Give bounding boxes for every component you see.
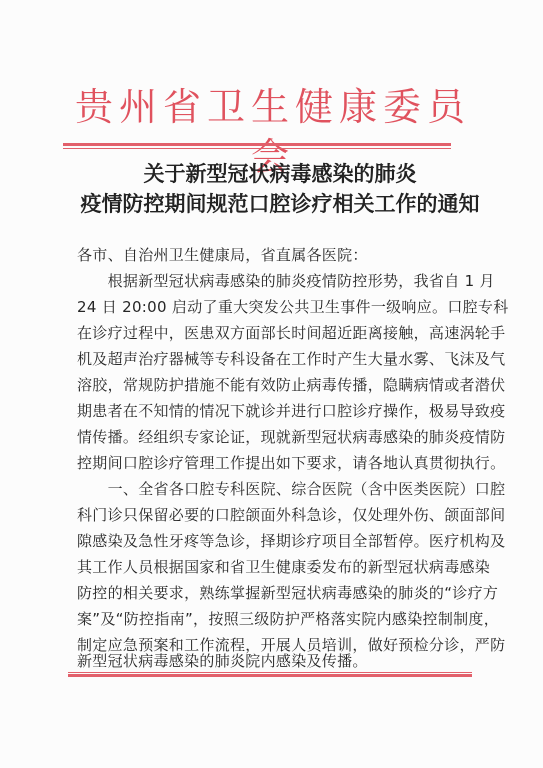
notice-title-line-1: 关于新型冠状病毒感染的肺炎 [60, 160, 500, 188]
body-line: 控期间口腔诊疗管理工作提出如下要求，请各地认真贯彻执行。 [77, 453, 477, 473]
body-line: 一、全省各口腔专科医院、综合医院（含中医类医院）口腔 [77, 479, 477, 499]
body-line: 其工作人员根据国家和省卫生健康委发布的新型冠状病毒感染 [77, 557, 477, 577]
body-line: 情传播。经组织专家论证，现就新型冠状病毒感染的肺炎疫情防 [77, 427, 477, 447]
document-page: 贵州省卫生健康委员会 关于新型冠状病毒感染的肺炎 疫情防控期间规范口腔诊疗相关工… [0, 0, 543, 768]
footer-rule-thin [68, 672, 472, 673]
body-line: 根据新型冠状病毒感染的肺炎疫情防控形势，我省自 1 月 [77, 271, 477, 291]
body-line: 溶胶，常规防护措施不能有效防止病毒传播，隐瞒病情或者潜伏 [77, 375, 477, 395]
body-line: 防控的相关要求，熟练掌握新型冠状病毒感染的肺炎的“诊疗方 [77, 583, 477, 603]
body-line: 24 日 20:00 启动了重大突发公共卫生事件一级响应。口腔专科 [77, 297, 477, 317]
body-line: 期患者在不知情的情况下就诊并进行口腔诊疗操作，极易导致疫 [77, 401, 477, 421]
body-line: 新型冠状病毒感染的肺炎院内感染及传播。 [77, 651, 477, 671]
footer-rule-thick [68, 674, 472, 677]
masthead-rule-thin [63, 148, 451, 149]
body-line: 案”及“防控指南”，按照三级防护严格落实院内感染控制制度， [77, 609, 477, 629]
masthead-rule-thick [63, 143, 451, 146]
notice-title-line-2: 疫情防控期间规范口腔诊疗相关工作的通知 [60, 190, 500, 218]
addressee-line: 各市、自治州卫生健康局，省直属各医院： [77, 245, 477, 265]
body-line: 隙感染及急性牙疼等急诊，择期诊疗项目全部暂停。医疗机构及 [77, 531, 477, 551]
body-line: 科门诊只保留必要的口腔颌面外科急诊，仅处理外伤、颌面部间 [77, 505, 477, 525]
body-line: 机及超声治疗器械等专科设备在工作时产生大量水雾、飞沫及气 [77, 349, 477, 369]
body-line: 在诊疗过程中，医患双方面部长时间超近距离接触，高速涡轮手 [77, 323, 477, 343]
